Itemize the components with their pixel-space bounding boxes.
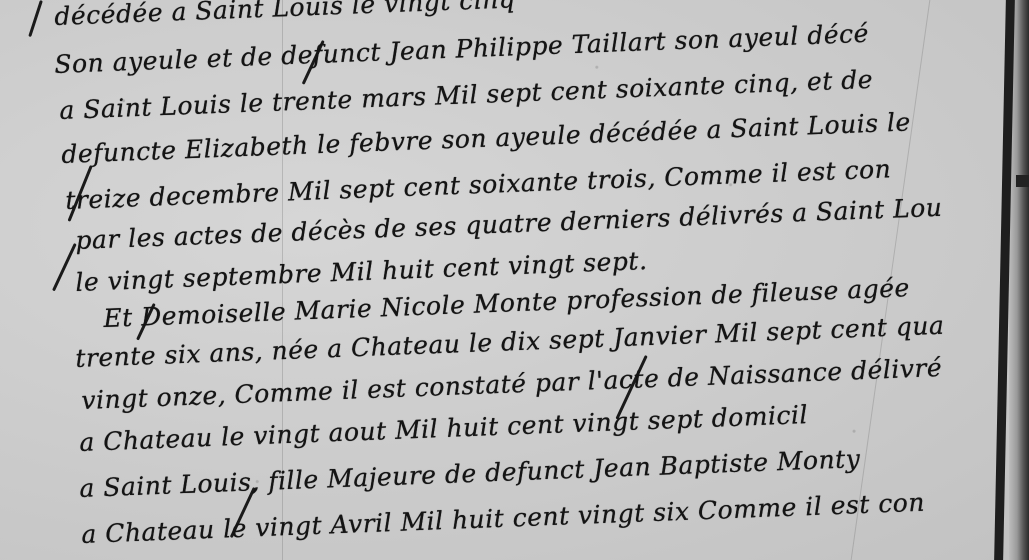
pen-stroke <box>28 0 43 37</box>
manuscript-line-1: décédée a Saint Louis le vingt cinq <box>54 0 516 31</box>
pen-stroke <box>52 243 77 291</box>
binding-shadow <box>1016 175 1029 187</box>
manuscript-page: décédée a Saint Louis le vingt cinq Son … <box>0 0 1029 560</box>
